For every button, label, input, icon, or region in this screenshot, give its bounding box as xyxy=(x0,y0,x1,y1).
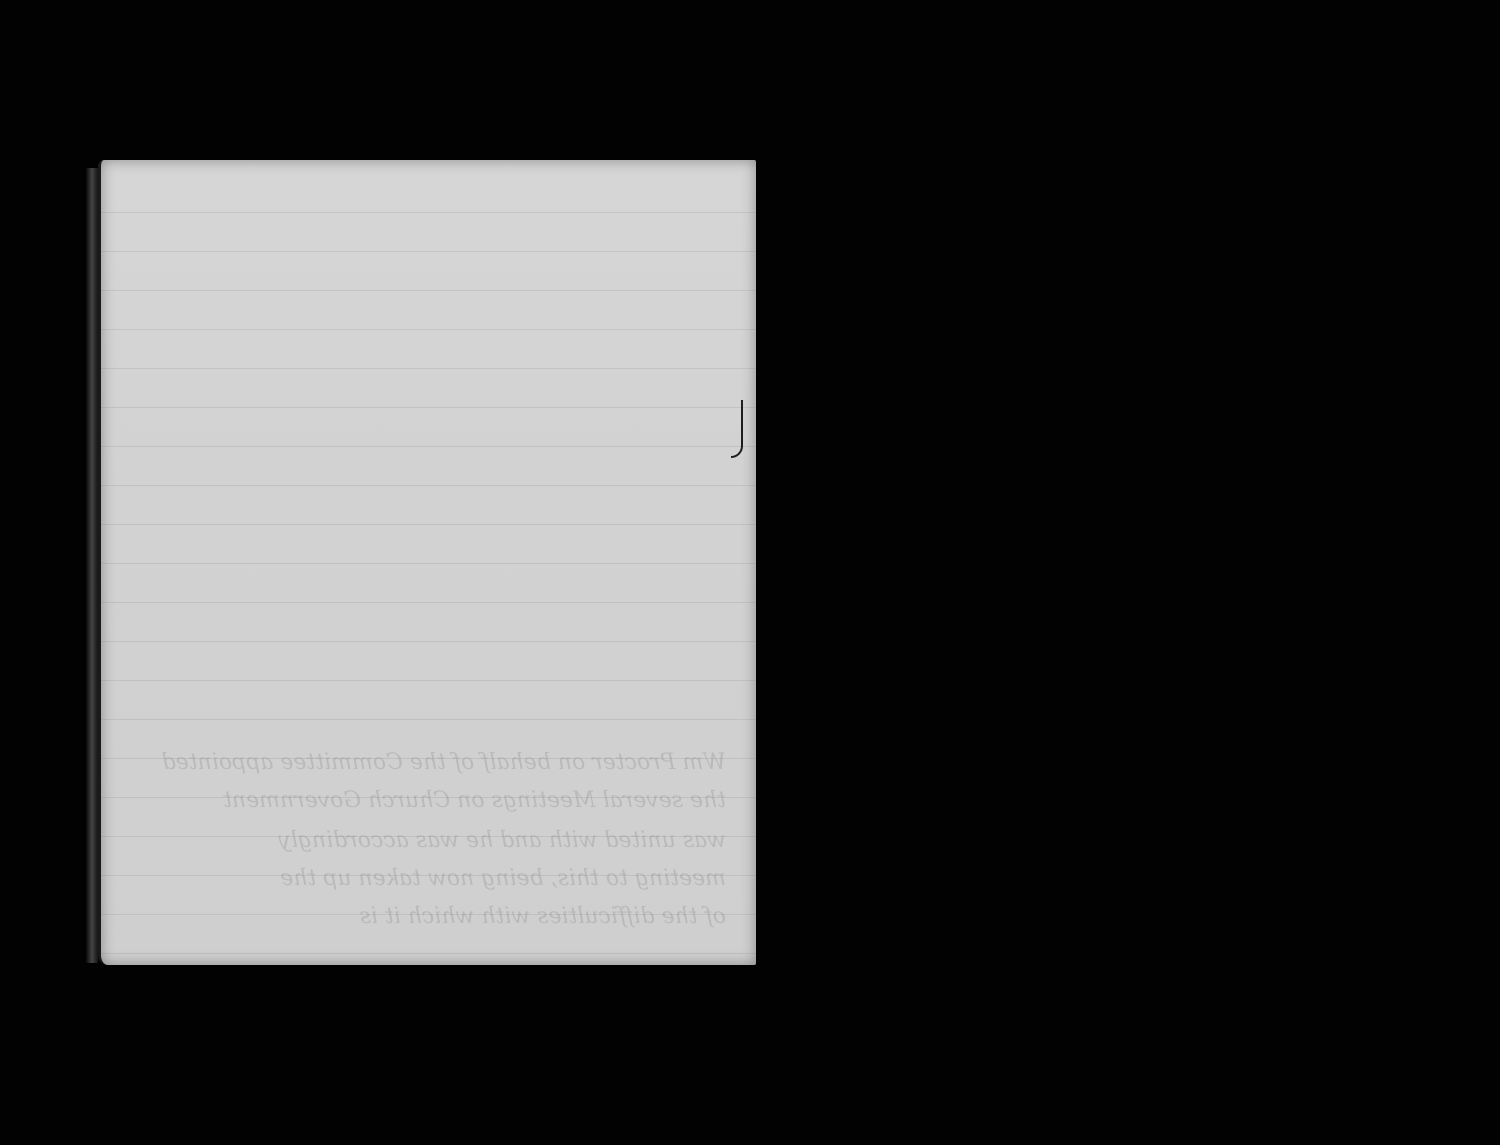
open-book: Wm Procter on behalf of the Committee ap… xyxy=(86,160,1426,975)
scanned-document: Wm Procter on behalf of the Committee ap… xyxy=(0,0,1500,1145)
bleed-through-text: meeting to this, being now taken up the xyxy=(131,866,726,891)
book-left-edge xyxy=(86,168,98,963)
left-page: Wm Procter on behalf of the Committee ap… xyxy=(98,160,756,965)
bleed-through-text: was united with and he was accordingly xyxy=(131,828,726,853)
bracket-flourish xyxy=(731,400,743,458)
bleed-through-text: Wm Procter on behalf of the Committee ap… xyxy=(131,750,726,775)
ruled-lines xyxy=(101,160,756,965)
bleed-through-text: of the difficulties with which it is xyxy=(131,904,726,929)
bleed-through-text: the several Meetings on Church Governmen… xyxy=(131,788,726,813)
